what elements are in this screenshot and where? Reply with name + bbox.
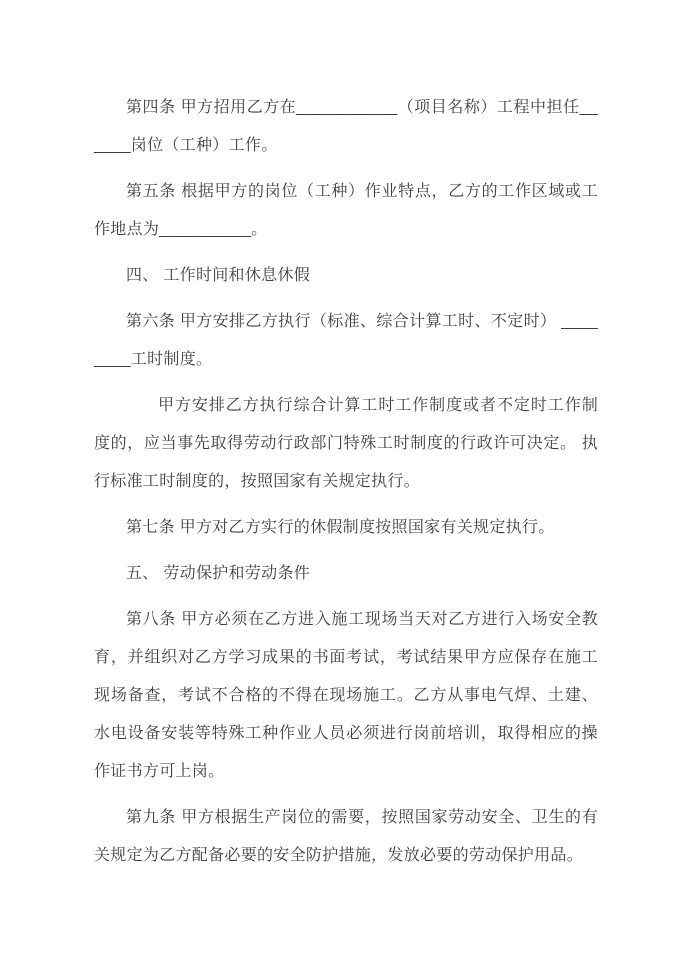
section-heading: 五、 劳动保护和劳动条件 bbox=[94, 555, 598, 593]
contract-paragraph: 甲方安排乙方执行综合计算工时工作制度或者不定时工作制度的，应当事先取得劳动行政部… bbox=[94, 387, 598, 501]
document-body: 第四条 甲方招用乙方在___________（项目名称）工程中担任______岗… bbox=[0, 0, 690, 875]
contract-paragraph: 第九条 甲方根据生产岗位的需要，按照国家劳动安全、卫生的有关规定为乙方配备必要的… bbox=[94, 799, 598, 875]
contract-paragraph: 第八条 甲方必须在乙方进入施工现场当天对乙方进行入场安全教育，并组织对乙方学习成… bbox=[94, 601, 598, 791]
contract-paragraph: 第五条 根据甲方的岗位（工种）作业特点，乙方的工作区域或工作地点为_______… bbox=[94, 173, 598, 249]
contract-paragraph: 第七条 甲方对乙方实行的休假制度按照国家有关规定执行。 bbox=[94, 509, 598, 547]
section-heading: 四、 工作时间和休息休假 bbox=[94, 257, 598, 295]
document-page: 第四条 甲方招用乙方在___________（项目名称）工程中担任______岗… bbox=[0, 0, 690, 976]
contract-paragraph: 第六条 甲方安排乙方执行（标准、综合计算工时、不定时） ________工时制度… bbox=[94, 303, 598, 379]
contract-paragraph: 第四条 甲方招用乙方在___________（项目名称）工程中担任______岗… bbox=[94, 89, 598, 165]
